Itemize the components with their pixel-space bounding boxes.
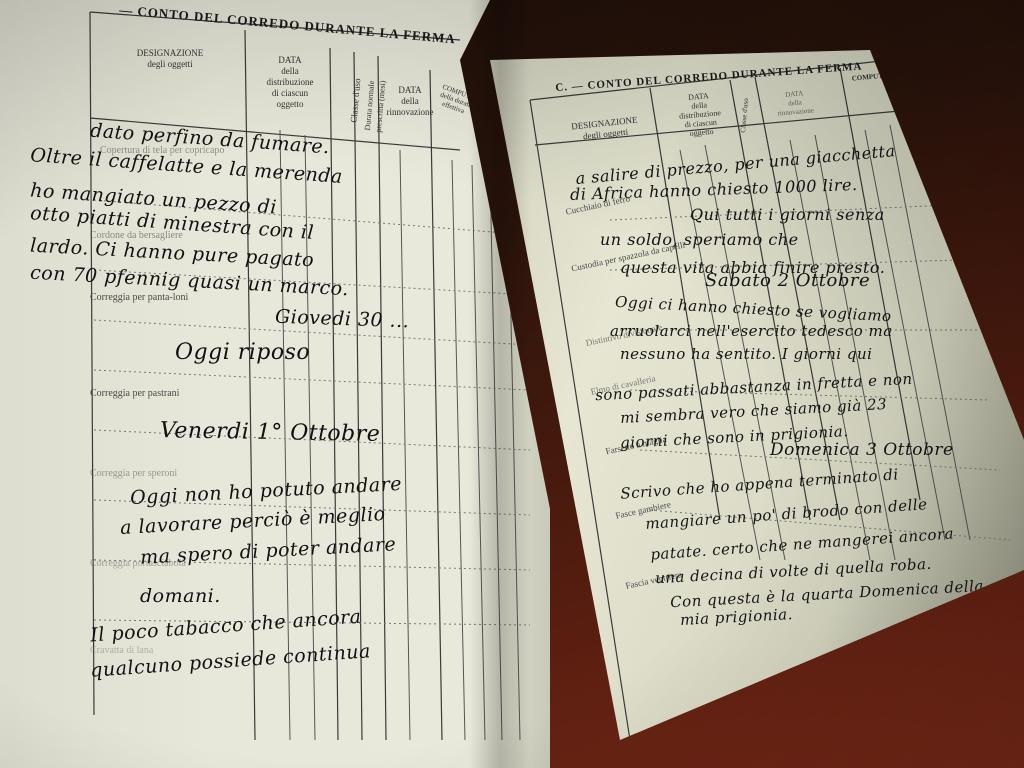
row-label: Correggia per pastrani xyxy=(90,388,179,399)
handwriting-line: a lavorare perciò è meglio xyxy=(120,503,387,539)
diary-date-heading: Giovedi 30 ... xyxy=(275,306,410,333)
right-page: C. — CONTO DEL CORREDO DURANTE LA FERMA … xyxy=(470,0,1024,768)
handwriting-line: un soldo, speriamo che xyxy=(600,230,799,249)
row-label: Correggia per panta-loni xyxy=(90,292,188,303)
handwriting-line: Oggi ci hanno chiesto se vogliamo xyxy=(615,293,892,325)
column-header-designazione: DESIGNAZIONE degli oggetti xyxy=(110,48,230,70)
handwriting-line: Oggi riposo xyxy=(175,340,310,365)
form-title: — CONTO DEL CORREDO DURANTE LA FERMA xyxy=(119,2,457,47)
column-header-data-distribuzione: DATA della distribuzione di ciascun ogge… xyxy=(663,89,737,140)
handwriting-line: Qui tutti i giorni senza xyxy=(690,205,885,224)
left-page: — CONTO DEL CORREDO DURANTE LA FERMA DES… xyxy=(0,0,550,768)
handwriting-line: Il poco tabacco che ancora xyxy=(90,606,363,647)
column-header-data-distribuzione: DATA della distribuzione di ciascun ogge… xyxy=(252,55,328,110)
handwriting-line: Scrivo che ho appena terminato di xyxy=(620,465,899,502)
handwriting-line: domani. xyxy=(140,585,221,607)
handwriting-line: ma spero di poter andare xyxy=(140,533,397,568)
column-header-computo: COMPUTO della durata effettiva xyxy=(431,81,481,119)
handwriting-line: arruolarci nell'esercito tedesco ma xyxy=(610,322,893,340)
column-header-rinnovazione: DATA della rinnovazione xyxy=(759,87,831,120)
column-header-classe: Classe d'uso xyxy=(737,90,752,141)
diary-date-heading: Sabato 2 Ottobre xyxy=(705,270,870,291)
column-header-rinnovazione: DATA della rinnovazione xyxy=(382,85,438,118)
handwriting-line: mangiare un po' di brodo con delle xyxy=(645,495,928,533)
handwriting-line: nessuno ha sentito. I giorni qui xyxy=(620,345,872,363)
diary-date-heading: Domenica 3 Ottobre xyxy=(770,440,954,460)
column-header-designazione: DESIGNAZIONE degli oggetti xyxy=(549,112,661,145)
row-label: Correggia per speroni xyxy=(90,468,177,479)
diary-date-heading: Venerdi 1° Ottobre xyxy=(160,418,381,447)
row-label: Cravatta di lana xyxy=(90,645,153,656)
